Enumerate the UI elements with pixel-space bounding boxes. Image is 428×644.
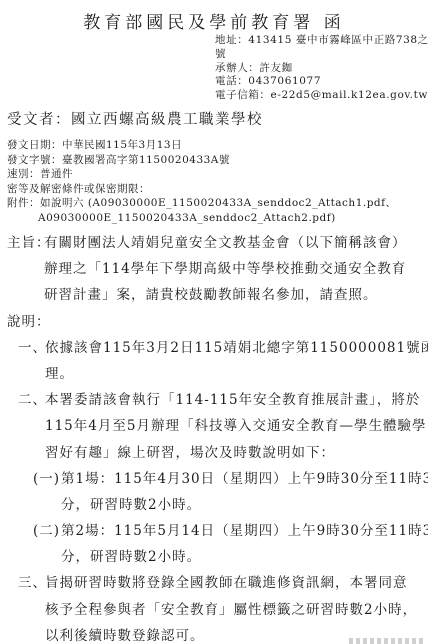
subject-line: 有關財團法人靖娟兒童安全文教基金會（以下簡稱該會）	[44, 230, 407, 256]
meta-priority: 速別：普通件	[7, 167, 425, 182]
explanation-item-2: 二、 本署委請該會執行「114-115年安全教育推展計畫」，將於 115年4月至…	[18, 387, 428, 466]
item-line: 核予全程參與者「安全教育」屬性標籤之研習時數2小時，	[45, 597, 417, 623]
explanation-item-1: 一、 依據該會115年3月2日115靖娟北總字第1150000081號函辦 理。	[18, 335, 428, 387]
item-line: 習好有趣」線上研習，場次及時數說明如下：	[45, 440, 426, 466]
item-marker: 三、	[18, 570, 45, 644]
subject-paragraph: 主旨： 有關財團法人靖娟兒童安全文教基金會（以下簡稱該會） 辦理之「114學年下…	[7, 230, 428, 309]
contact-phone: 電話：0437061077	[215, 75, 425, 89]
subject-line: 研習計畫」案，請貴校鼓勵教師報名參加，請查照。	[44, 282, 407, 308]
meta-attachment-line2: A09030000E_1150020433A_senddoc2_Attach2.…	[7, 211, 425, 226]
item-line: 115年4月至5月辦理「科技導入交通安全教育—學生體驗學	[45, 413, 426, 439]
subitem-line: 分，研習時數2小時。	[61, 492, 428, 518]
item-line: 依據該會115年3月2日115靖娟北總字第1150000081號函辦	[45, 335, 428, 361]
subject-lines: 有關財團法人靖娟兒童安全文教基金會（以下簡稱該會） 辦理之「114學年下學期高級…	[44, 230, 407, 309]
subitem-lines: 第1場：115年4月30日（星期四）上午9時30分至11時30 分，研習時數2小…	[61, 466, 428, 518]
letter-body: 主旨： 有關財團法人靖娟兒童安全文教基金會（以下簡稱該會） 辦理之「114學年下…	[0, 230, 428, 644]
official-letter-page: 教育部國民及學前教育署 函 地址：413415 臺中市霧峰區中正路738之4 號…	[0, 0, 428, 644]
contact-block: 地址：413415 臺中市霧峰區中正路738之4 號 承辦人：許友銣 電話：04…	[215, 34, 425, 103]
subitem-marker: (一)	[33, 466, 61, 518]
subitem-lines: 第2場：115年5月14日（星期四）上午9時30分至11時30 分，研習時數2小…	[61, 518, 428, 570]
item-line: 理。	[45, 361, 428, 387]
contact-email: 電子信箱：e-22d5@mail.k12ea.gov.tw	[215, 89, 425, 103]
contact-address-line1: 地址：413415 臺中市霧峰區中正路738之4	[215, 34, 425, 48]
item-marker: 二、	[18, 387, 45, 466]
recipient-line: 受文者：國立西螺高級農工職業學校	[7, 108, 263, 129]
meta-block: 發文日期：中華民國115年3月13日 發文字號：臺教國署高字第115002043…	[7, 138, 425, 226]
subitem-line: 第2場：115年5月14日（星期四）上午9時30分至11時30	[61, 518, 428, 544]
item-marker: 一、	[18, 335, 45, 387]
item-lines: 本署委請該會執行「114-115年安全教育推展計畫」，將於 115年4月至5月辦…	[45, 387, 426, 466]
contact-person: 承辦人：許友銣	[215, 62, 425, 76]
item-line: 本署委請該會執行「114-115年安全教育推展計畫」，將於	[45, 387, 426, 413]
item-lines: 依據該會115年3月2日115靖娟北總字第1150000081號函辦 理。	[45, 335, 428, 387]
subitem-marker: (二)	[33, 518, 61, 570]
subject-line: 辦理之「114學年下學期高級中等學校推動交通安全教育	[44, 256, 407, 282]
meta-classification: 密等及解密條件或保密期限：	[7, 182, 425, 197]
explanation-item-3: 三、 旨揭研習時數將登錄全國教師在職進修資訊網，本署同意 核予全程參與者「安全教…	[18, 570, 428, 644]
subject-label: 主旨：	[7, 230, 44, 309]
meta-issue-date: 發文日期：中華民國115年3月13日	[7, 138, 425, 153]
item-lines: 旨揭研習時數將登錄全國教師在職進修資訊網，本署同意 核予全程參與者「安全教育」屬…	[45, 570, 417, 644]
explanation-subitem-1: (一) 第1場：115年4月30日（星期四）上午9時30分至11時30 分，研習…	[33, 466, 428, 518]
meta-attachment-line1: 附件：如說明六 (A09030000E_1150020433A_senddoc2…	[7, 196, 425, 211]
subitem-line: 分，研習時數2小時。	[61, 544, 428, 570]
document-title: 教育部國民及學前教育署 函	[0, 8, 428, 33]
subitem-line: 第1場：115年4月30日（星期四）上午9時30分至11時30	[61, 466, 428, 492]
contact-address-line2: 號	[215, 48, 425, 62]
explanation-subitem-2: (二) 第2場：115年5月14日（星期四）上午9時30分至11時30 分，研習…	[33, 518, 428, 570]
clipped-page-footer	[349, 638, 423, 644]
meta-doc-number: 發文字號：臺教國署高字第1150020433A號	[7, 153, 425, 168]
explanation-label: 說明：	[7, 309, 428, 335]
item-line: 旨揭研習時數將登錄全國教師在職進修資訊網，本署同意	[45, 570, 417, 596]
